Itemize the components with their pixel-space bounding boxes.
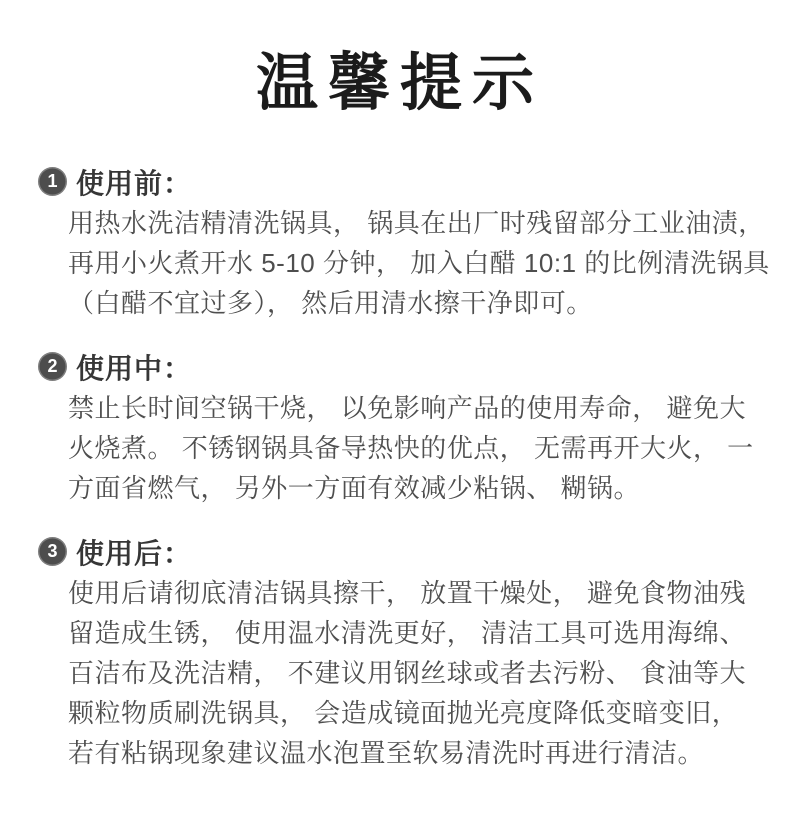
section-during-use: 2 使用中： 禁止长时间空锅干烧， 以免影响产品的使用寿命， 避免大 火烧煮。 … — [38, 347, 760, 508]
body-line: 颗粒物质刷洗锅具， 会造成镜面抛光亮度降低变暗变旧， — [68, 693, 760, 733]
body-line: 禁止长时间空锅干烧， 以免影响产品的使用寿命， 避免大 — [68, 388, 760, 428]
body-line: 留造成生锈， 使用温水清洗更好， 清洁工具可选用海绵、 — [68, 613, 760, 653]
tips-notice-page: 温馨提示 1 使用前： 用热水洗洁精清洗锅具， 锅具在出厂时残留部分工业油渍， … — [0, 0, 790, 832]
section-heading: 使用后： — [76, 532, 192, 572]
section-heading: 使用前： — [76, 162, 192, 202]
page-title: 温馨提示 — [0, 46, 790, 124]
section-body: 用热水洗洁精清洗锅具， 锅具在出厂时残留部分工业油渍， 再用小火煮开水 5-10… — [68, 203, 760, 323]
body-line: 再用小火煮开水 5-10 分钟， 加入白醋 10:1 的比例清洗锅具 — [68, 243, 760, 283]
number-3-badge-icon: 3 — [38, 537, 67, 566]
body-line: 若有粘锅现象建议温水泡置至软易清洗时再进行清洁。 — [68, 733, 760, 773]
body-line: 使用后请彻底清洁锅具擦干， 放置干燥处， 避免食物油残 — [68, 573, 760, 613]
number-1-badge-icon: 1 — [38, 167, 67, 196]
body-line: 百洁布及洗洁精， 不建议用钢丝球或者去污粉、 食油等大 — [68, 653, 760, 693]
body-line: 用热水洗洁精清洗锅具， 锅具在出厂时残留部分工业油渍， — [68, 203, 760, 243]
body-line: （白醋不宜过多）， 然后用清水擦干净即可。 — [68, 283, 760, 323]
section-header: 3 使用后： — [38, 532, 760, 572]
section-heading: 使用中： — [76, 347, 192, 387]
section-body: 禁止长时间空锅干烧， 以免影响产品的使用寿命， 避免大 火烧煮。 不锈钢锅具备导… — [68, 388, 760, 508]
body-line: 方面省燃气， 另外一方面有效减少粘锅、 糊锅。 — [68, 468, 760, 508]
body-line: 火烧煮。 不锈钢锅具备导热快的优点， 无需再开大火， 一 — [68, 428, 760, 468]
section-body: 使用后请彻底清洁锅具擦干， 放置干燥处， 避免食物油残 留造成生锈， 使用温水清… — [68, 573, 760, 773]
section-after-use: 3 使用后： 使用后请彻底清洁锅具擦干， 放置干燥处， 避免食物油残 留造成生锈… — [38, 532, 760, 773]
sections-container: 1 使用前： 用热水洗洁精清洗锅具， 锅具在出厂时残留部分工业油渍， 再用小火煮… — [0, 162, 790, 773]
number-2-badge-icon: 2 — [38, 352, 67, 381]
section-header: 1 使用前： — [38, 162, 760, 202]
section-before-use: 1 使用前： 用热水洗洁精清洗锅具， 锅具在出厂时残留部分工业油渍， 再用小火煮… — [38, 162, 760, 323]
section-header: 2 使用中： — [38, 347, 760, 387]
